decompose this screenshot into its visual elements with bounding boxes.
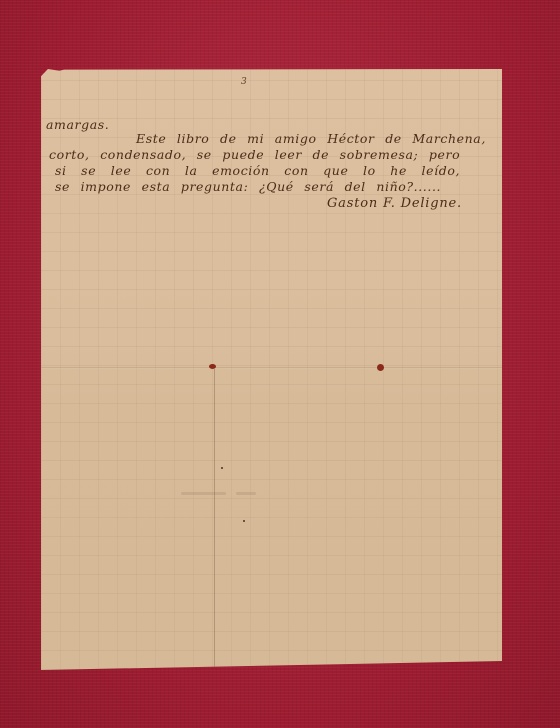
- ink-speck: [221, 467, 223, 469]
- horizontal-fold: [41, 367, 502, 369]
- smudge: [236, 492, 256, 495]
- manuscript-page: 3 amargas. Este libro de mi amigo Héctor…: [41, 69, 502, 670]
- vertical-fold: [214, 369, 215, 670]
- page-number: 3: [241, 77, 247, 87]
- text-line: corto, condensado, se puede leer de sobr…: [49, 147, 460, 162]
- text-line: si se lee con la emoción con que lo he l…: [55, 163, 460, 178]
- wax-stain: [377, 364, 384, 371]
- text-line: Este libro de mi amigo Héctor de Marchen…: [136, 131, 486, 146]
- smudge: [181, 492, 226, 495]
- signature: Gaston F. Deligne.: [327, 196, 462, 211]
- wax-stain: [209, 364, 216, 369]
- text-line: amargas.: [46, 117, 109, 132]
- ink-speck: [243, 520, 245, 522]
- text-line: se impone esta pregunta: ¿Qué será del n…: [55, 179, 441, 194]
